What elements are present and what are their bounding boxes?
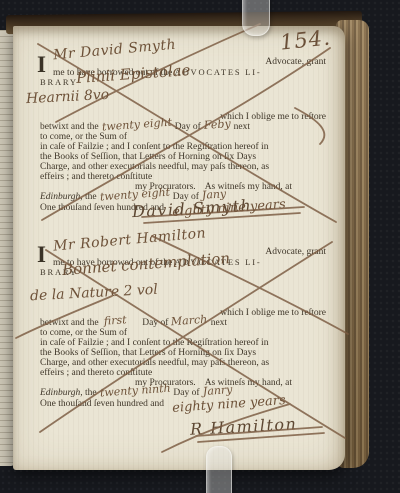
printed-books-line: the Books of Seſſion, that Letters of Ho… <box>40 348 328 358</box>
printed-text: betwixt and the <box>40 318 99 328</box>
printed-failzie-line: in caſe of Failzie ; and I conſent to th… <box>40 142 328 152</box>
printed-brary-line: BRARY Bonnet contemplation <box>40 267 328 277</box>
borrower-signature: R Hamilton <box>190 419 298 435</box>
printed-charge-line: Charge, and other executorials needful, … <box>40 358 328 368</box>
printed-to-come-line: to come, or the Sum of <box>40 328 328 338</box>
printed-failzie-line: in caſe of Failzie ; and I conſent to th… <box>40 338 328 348</box>
printed-text: Day of <box>175 122 201 132</box>
printed-advocate-grant: Advocate, grant <box>265 247 326 257</box>
printed-to-come-line: to come, or the Sum of <box>40 132 328 142</box>
photograph-of-ledger: 154. I Mr David Smyth Advocate, grant me… <box>0 0 400 493</box>
handwritten-year: eighty nine years <box>172 396 286 413</box>
printed-effeirs-line: effeirs ; and thereto conſtitute <box>40 172 328 182</box>
printed-procurators-line: my Procurators.As witneſs my hand, at <box>40 378 328 388</box>
handwritten-return-month: March <box>171 316 208 327</box>
printed-charge-line: Charge, and other executorials needful, … <box>40 162 328 172</box>
archival-clip-bottom <box>206 446 232 493</box>
handwritten-signed-day: twenty eight <box>99 189 170 202</box>
handwritten-return-day: first <box>103 316 126 326</box>
printed-brary-line: BRARY Plinii Epistolae <box>40 77 328 87</box>
borrower-signature: David Smyth <box>132 201 253 217</box>
handwritten-borrower-name: Mr David Smyth <box>53 40 177 61</box>
printed-books-line: the Books of Seſſion, that Letters of Ho… <box>40 152 328 162</box>
handwritten-signed-day: twenty ninth <box>99 385 170 398</box>
printed-text: Day of <box>173 388 199 398</box>
page-number: 154. <box>279 25 332 54</box>
ledger-entry-smyth: I Mr David Smyth Advocate, grant me to h… <box>40 54 328 212</box>
printed-advocate-grant: Advocate, grant <box>265 57 326 67</box>
handwritten-return-month: Feby <box>204 120 231 130</box>
printed-text: the <box>85 192 97 202</box>
handwritten-return-day: twenty eight <box>101 119 172 132</box>
ledger-entry-hamilton: I Mr Robert Hamilton Advocate, grant me … <box>40 244 328 408</box>
handwritten-book-title-2: de la Nature 2 vol <box>30 285 158 302</box>
printed-betwixt-line: betwixt and thetwenty eightDay ofFebynex… <box>40 122 328 132</box>
previous-pages-edge <box>0 30 14 466</box>
handwritten-signed-month: Janry <box>202 386 232 396</box>
printed-text: next <box>234 122 250 132</box>
printed-text: betwixt and the <box>40 122 99 132</box>
handwritten-book-title: Plinii Epistolae <box>76 65 191 83</box>
printed-text: Day of <box>142 318 168 328</box>
handwritten-borrower-name: Mr Robert Hamilton <box>53 228 207 251</box>
printed-edinburgh: Edinburgh, <box>40 388 83 398</box>
printed-effeirs-line: effeirs ; and thereto conſtitute <box>40 368 328 378</box>
printed-procurators-line: my Procurators.As witneſs my hand, at <box>40 182 328 192</box>
handwritten-book-title-2: Hearnii 8vo <box>26 90 110 104</box>
printed-text: One thouſand ſeven hundred and <box>40 399 164 409</box>
printed-text: the <box>85 388 97 398</box>
printed-betwixt-line: betwixt and thefirstDay ofMarchnext <box>40 318 328 328</box>
printed-edinburgh: Edinburgh, <box>40 192 83 202</box>
printed-library-caps: BRARY <box>40 77 78 87</box>
printed-year-line: One thouſand ſeven hundred andeighty nin… <box>40 398 328 408</box>
printed-text: next <box>211 318 227 328</box>
ledger-page: 154. I Mr David Smyth Advocate, grant me… <box>13 26 345 470</box>
printed-oblige-line: which I oblige me to reſtore <box>40 112 328 122</box>
archival-clip-top <box>242 0 270 36</box>
